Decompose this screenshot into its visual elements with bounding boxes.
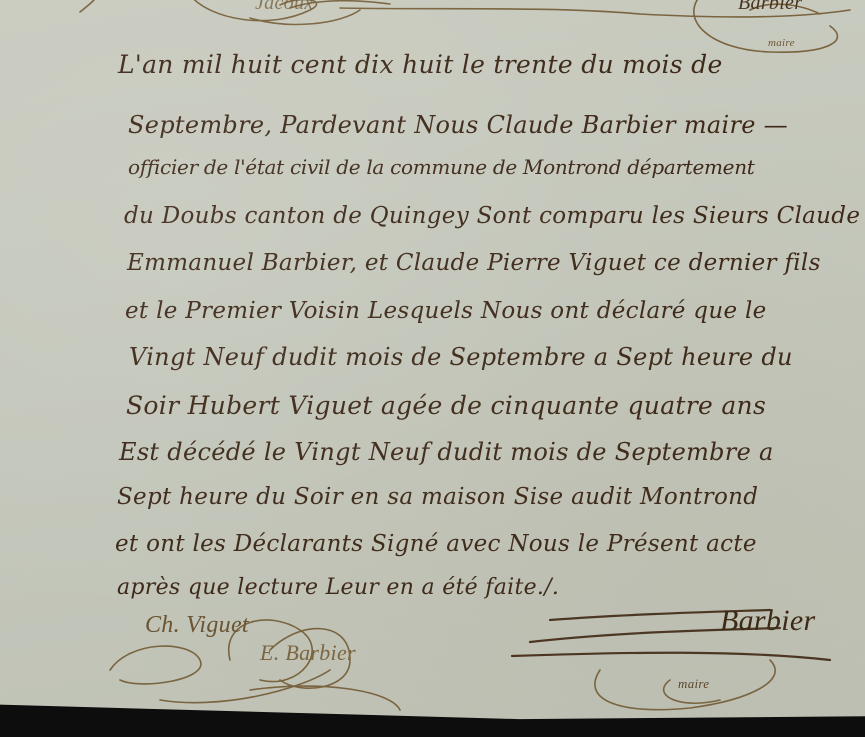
text-line-12: après que lecture Leur en a été faite./.	[117, 575, 559, 600]
text-line-6: et le Premier Voisin Lesquels Nous ont d…	[125, 298, 767, 324]
text-line-1: L'an mil huit cent dix huit le trente du…	[118, 50, 723, 79]
signature-viguet: Ch. Viguet	[145, 612, 249, 639]
text-line-4: du Doubs canton de Quingey Sont comparu …	[124, 203, 860, 229]
text-line-5: Emmanuel Barbier, et Claude Pierre Vigue…	[127, 250, 821, 276]
top-right-signature: Barbier	[738, 0, 802, 15]
signature-mayor-barbier: Barbier	[720, 604, 815, 638]
text-line-9: Est décédé le Vingt Neuf dudit mois de S…	[119, 438, 774, 466]
text-line-8: Soir Hubert Viguet agée de cinquante qua…	[126, 391, 766, 420]
document-page: Jacoux Barbier maire L'an mil huit cent …	[0, 0, 865, 722]
top-right-signature-title: maire	[768, 37, 795, 49]
text-line-7: Vingt Neuf dudit mois de Septembre a Sep…	[129, 343, 793, 371]
signature-e-barbier: E. Barbier	[260, 640, 356, 666]
text-line-3: officier de l'état civil de la commune d…	[128, 155, 755, 179]
text-line-10: Sept heure du Soir en sa maison Sise aud…	[117, 484, 758, 510]
text-line-11: et ont les Déclarants Signé avec Nous le…	[115, 531, 757, 557]
top-left-signature: Jacoux	[255, 0, 313, 15]
signature-mayor-title: maire	[678, 676, 709, 692]
text-line-2: Septembre, Pardevant Nous Claude Barbier…	[128, 111, 788, 139]
